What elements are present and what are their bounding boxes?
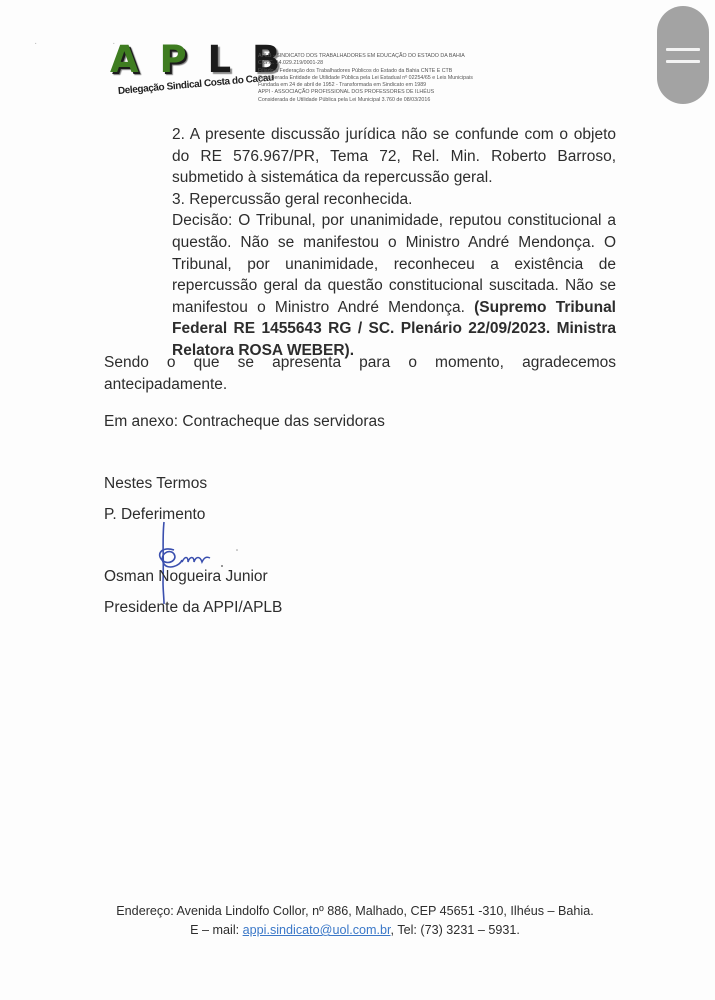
footer-phone: , Tel: (73) 3231 – 5931. — [391, 923, 520, 937]
letterhead-line: APPI - ASSOCIAÇÃO PROFISSIONAL DOS PROFE… — [258, 89, 568, 96]
signature-image — [152, 520, 242, 605]
email-label: E – mail: — [190, 923, 243, 937]
quote-item-2: 2. A presente discussão jurídica não se … — [172, 124, 616, 189]
quoted-decision: 2. A presente discussão jurídica não se … — [172, 124, 616, 362]
viewer-menu-button[interactable] — [657, 6, 709, 104]
hamburger-menu-icon — [666, 60, 700, 63]
quote-item-3: 3. Repercussão geral reconhecida. — [172, 189, 616, 211]
closing-paragraph: Sendo o que se apresenta para o momento,… — [104, 352, 616, 395]
quote-decision: Decisão: O Tribunal, por unanimidade, re… — [172, 210, 616, 361]
letterhead-line: Considerada Entidade de Utilidade Públic… — [258, 75, 568, 82]
footer-address: Endereço: Avenida Lindolfo Collor, nº 88… — [95, 902, 615, 921]
attachment-line: Em anexo: Contracheque das servidoras — [104, 413, 385, 431]
signer-name: Osman Nogueira Junior — [104, 568, 268, 586]
footer-contact: E – mail: appi.sindicato@uol.com.br, Tel… — [95, 921, 615, 940]
hamburger-menu-icon — [666, 48, 700, 51]
letterhead-line: APLB - SINDICATO DOS TRABALHADORES EM ED… — [258, 53, 568, 60]
logo-letter: P — [160, 40, 191, 80]
letterhead-line: Considerada de Utilidade Pública pela Le… — [258, 97, 568, 104]
letterhead-info: APLB - SINDICATO DOS TRABALHADORES EM ED… — [258, 53, 568, 104]
document-page: · · A P L B Delegação Sindical Costa do … — [0, 0, 715, 1000]
letterhead-line: C.G.C. 14.029.219/0001-28 — [258, 60, 568, 67]
email-link[interactable]: appi.sindicato@uol.com.br — [243, 923, 391, 937]
aplb-logo: A P L B — [110, 40, 255, 80]
letter-footer: Endereço: Avenida Lindolfo Collor, nº 88… — [95, 902, 615, 940]
letterhead-line: Filiado à Federação dos Trabalhadores Pú… — [258, 68, 568, 75]
signer-title: Presidente da APPI/APLB — [104, 599, 282, 617]
logo-letter: A — [110, 40, 143, 80]
closing-terms: Nestes Termos — [104, 475, 207, 493]
logo-letter: L — [208, 40, 236, 80]
